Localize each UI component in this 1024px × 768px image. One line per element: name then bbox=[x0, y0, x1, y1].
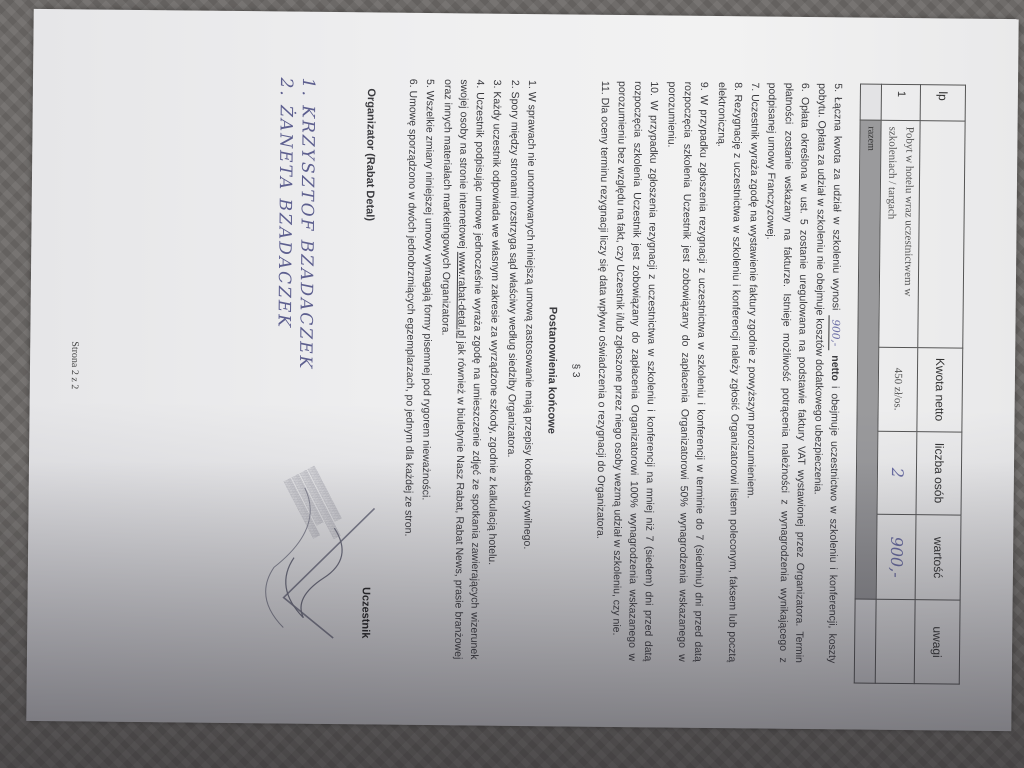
cell-lp: 1 bbox=[881, 84, 920, 120]
header-notes: uwagi bbox=[914, 600, 960, 684]
clause-number: 7. bbox=[749, 82, 761, 91]
section-title: Postanowienia końcowe bbox=[539, 80, 562, 660]
provision-number: 3. bbox=[491, 80, 503, 89]
cell-value: 900,- bbox=[876, 514, 916, 600]
provision-number: 4. bbox=[474, 79, 486, 88]
provision-number: 5. bbox=[424, 79, 436, 88]
clause-number: 9. bbox=[698, 82, 710, 91]
section-number: § 3 bbox=[564, 80, 586, 660]
provision-text: W sprawach nie unormowanych niniejszą um… bbox=[520, 92, 537, 550]
clause-number: 6. bbox=[798, 83, 810, 92]
cell-amount: 450 zł/os. bbox=[877, 347, 917, 431]
header-people: liczba osób bbox=[916, 431, 962, 515]
sum-notes bbox=[854, 599, 875, 683]
clause-item: 10. W przypadku zgłoszenia rezygnacji z … bbox=[607, 81, 662, 661]
website-link[interactable]: www.rabat-detal.pl bbox=[455, 252, 468, 338]
header-amount: Kwota netto bbox=[916, 347, 962, 431]
clause-item: 8. Rezygnację z uczestnictwa w szkoleniu… bbox=[707, 82, 746, 662]
clause-item: 9. W przypadku zgłoszenia rezygnacji z u… bbox=[657, 81, 712, 661]
provision-text: Umowę sporządzono w dwóch jednobrzmiącyc… bbox=[402, 90, 419, 536]
cell-people: 2 bbox=[876, 431, 916, 515]
clauses-list: 5. Łączna kwota za udział w szkoleniu wy… bbox=[590, 81, 846, 664]
cost-table: lp Kwota netto liczba osób wartość uwagi… bbox=[854, 84, 966, 685]
provision-text: Każdy uczestnik odpowiada we własnym zak… bbox=[486, 91, 503, 565]
clause-bold-text: netto bbox=[829, 355, 841, 381]
clause-text: W przypadku zgłoszenia rezygnacji z ucze… bbox=[610, 81, 660, 661]
clause-item: 5. Łączna kwota za udział w szkoleniu wy… bbox=[807, 83, 846, 663]
handwritten-names: 1. KRZYSZTOF BZADACZEK 2. ŻANETA BZADACZ… bbox=[271, 77, 318, 370]
clause-text: Łączna kwota za udział w szkoleniu wynos… bbox=[830, 97, 844, 310]
provision-number: 2. bbox=[508, 80, 520, 89]
handwritten-name-1: 1. KRZYSZTOF BZADACZEK bbox=[293, 78, 318, 371]
header-description bbox=[917, 120, 964, 347]
sum-blank bbox=[860, 84, 881, 120]
clause-text: Opłata określona w ust. 5 zostanie uregu… bbox=[764, 83, 810, 663]
clause-text: Uczestnik wyraża zgodę na wystawienie fa… bbox=[744, 94, 760, 499]
cell-description: Pobyt w hotelu wraz uczestnictwem w szko… bbox=[878, 120, 919, 347]
clause-item: 6. Opłata określona w ust. 5 zostanie ur… bbox=[758, 83, 813, 663]
provision-item: 4. Uczestnik podpisując umowę jednocześn… bbox=[433, 79, 488, 659]
document-sheet: lp Kwota netto liczba osób wartość uwagi… bbox=[26, 9, 1018, 731]
handwritten-amount: 900,- bbox=[828, 315, 841, 350]
header-value: wartość bbox=[915, 515, 961, 601]
final-provisions-list: 1. W sprawach nie unormowanych niniejszą… bbox=[398, 79, 539, 660]
header-lp: lp bbox=[920, 85, 965, 121]
signature-area: Organizator (Rabat Detal) Uczestnik 1. K… bbox=[222, 77, 378, 659]
provision-text: Spory między stronami rozstrzyga sąd wła… bbox=[504, 92, 520, 458]
provision-number: 6. bbox=[406, 79, 418, 88]
clause-text: W przypadku zgłoszenia rezygnacji z ucze… bbox=[665, 81, 710, 661]
clause-number: 11. bbox=[598, 81, 610, 95]
clause-text: Rezygnację z uczestnictwa w szkoleniu i … bbox=[714, 82, 743, 662]
clause-number: 8. bbox=[731, 82, 743, 91]
provision-number: 1. bbox=[525, 80, 537, 89]
table-header-row: lp Kwota netto liczba osób wartość uwagi bbox=[914, 85, 965, 684]
table-row: 1 Pobyt w hotelu wraz uczestnictwem w sz… bbox=[875, 84, 920, 683]
provision-text: Wszelkie zmiany niniejszej umowy wymagaj… bbox=[419, 91, 435, 501]
sum-label: razem bbox=[855, 120, 881, 600]
clause-number: 10. bbox=[648, 81, 660, 96]
page-number: Strona 2 z 2 bbox=[63, 35, 85, 695]
cell-notes bbox=[875, 600, 915, 684]
clause-text: Dla oceny terminu rezygnacji liczy się d… bbox=[593, 98, 610, 539]
clause-number: 5. bbox=[832, 83, 844, 92]
organizer-label: Organizator (Rabat Detal) bbox=[360, 88, 378, 221]
document-page: lp Kwota netto liczba osób wartość uwagi… bbox=[49, 35, 996, 705]
handwritten-name-2: 2. ŻANETA BZADACZEK bbox=[271, 77, 296, 370]
